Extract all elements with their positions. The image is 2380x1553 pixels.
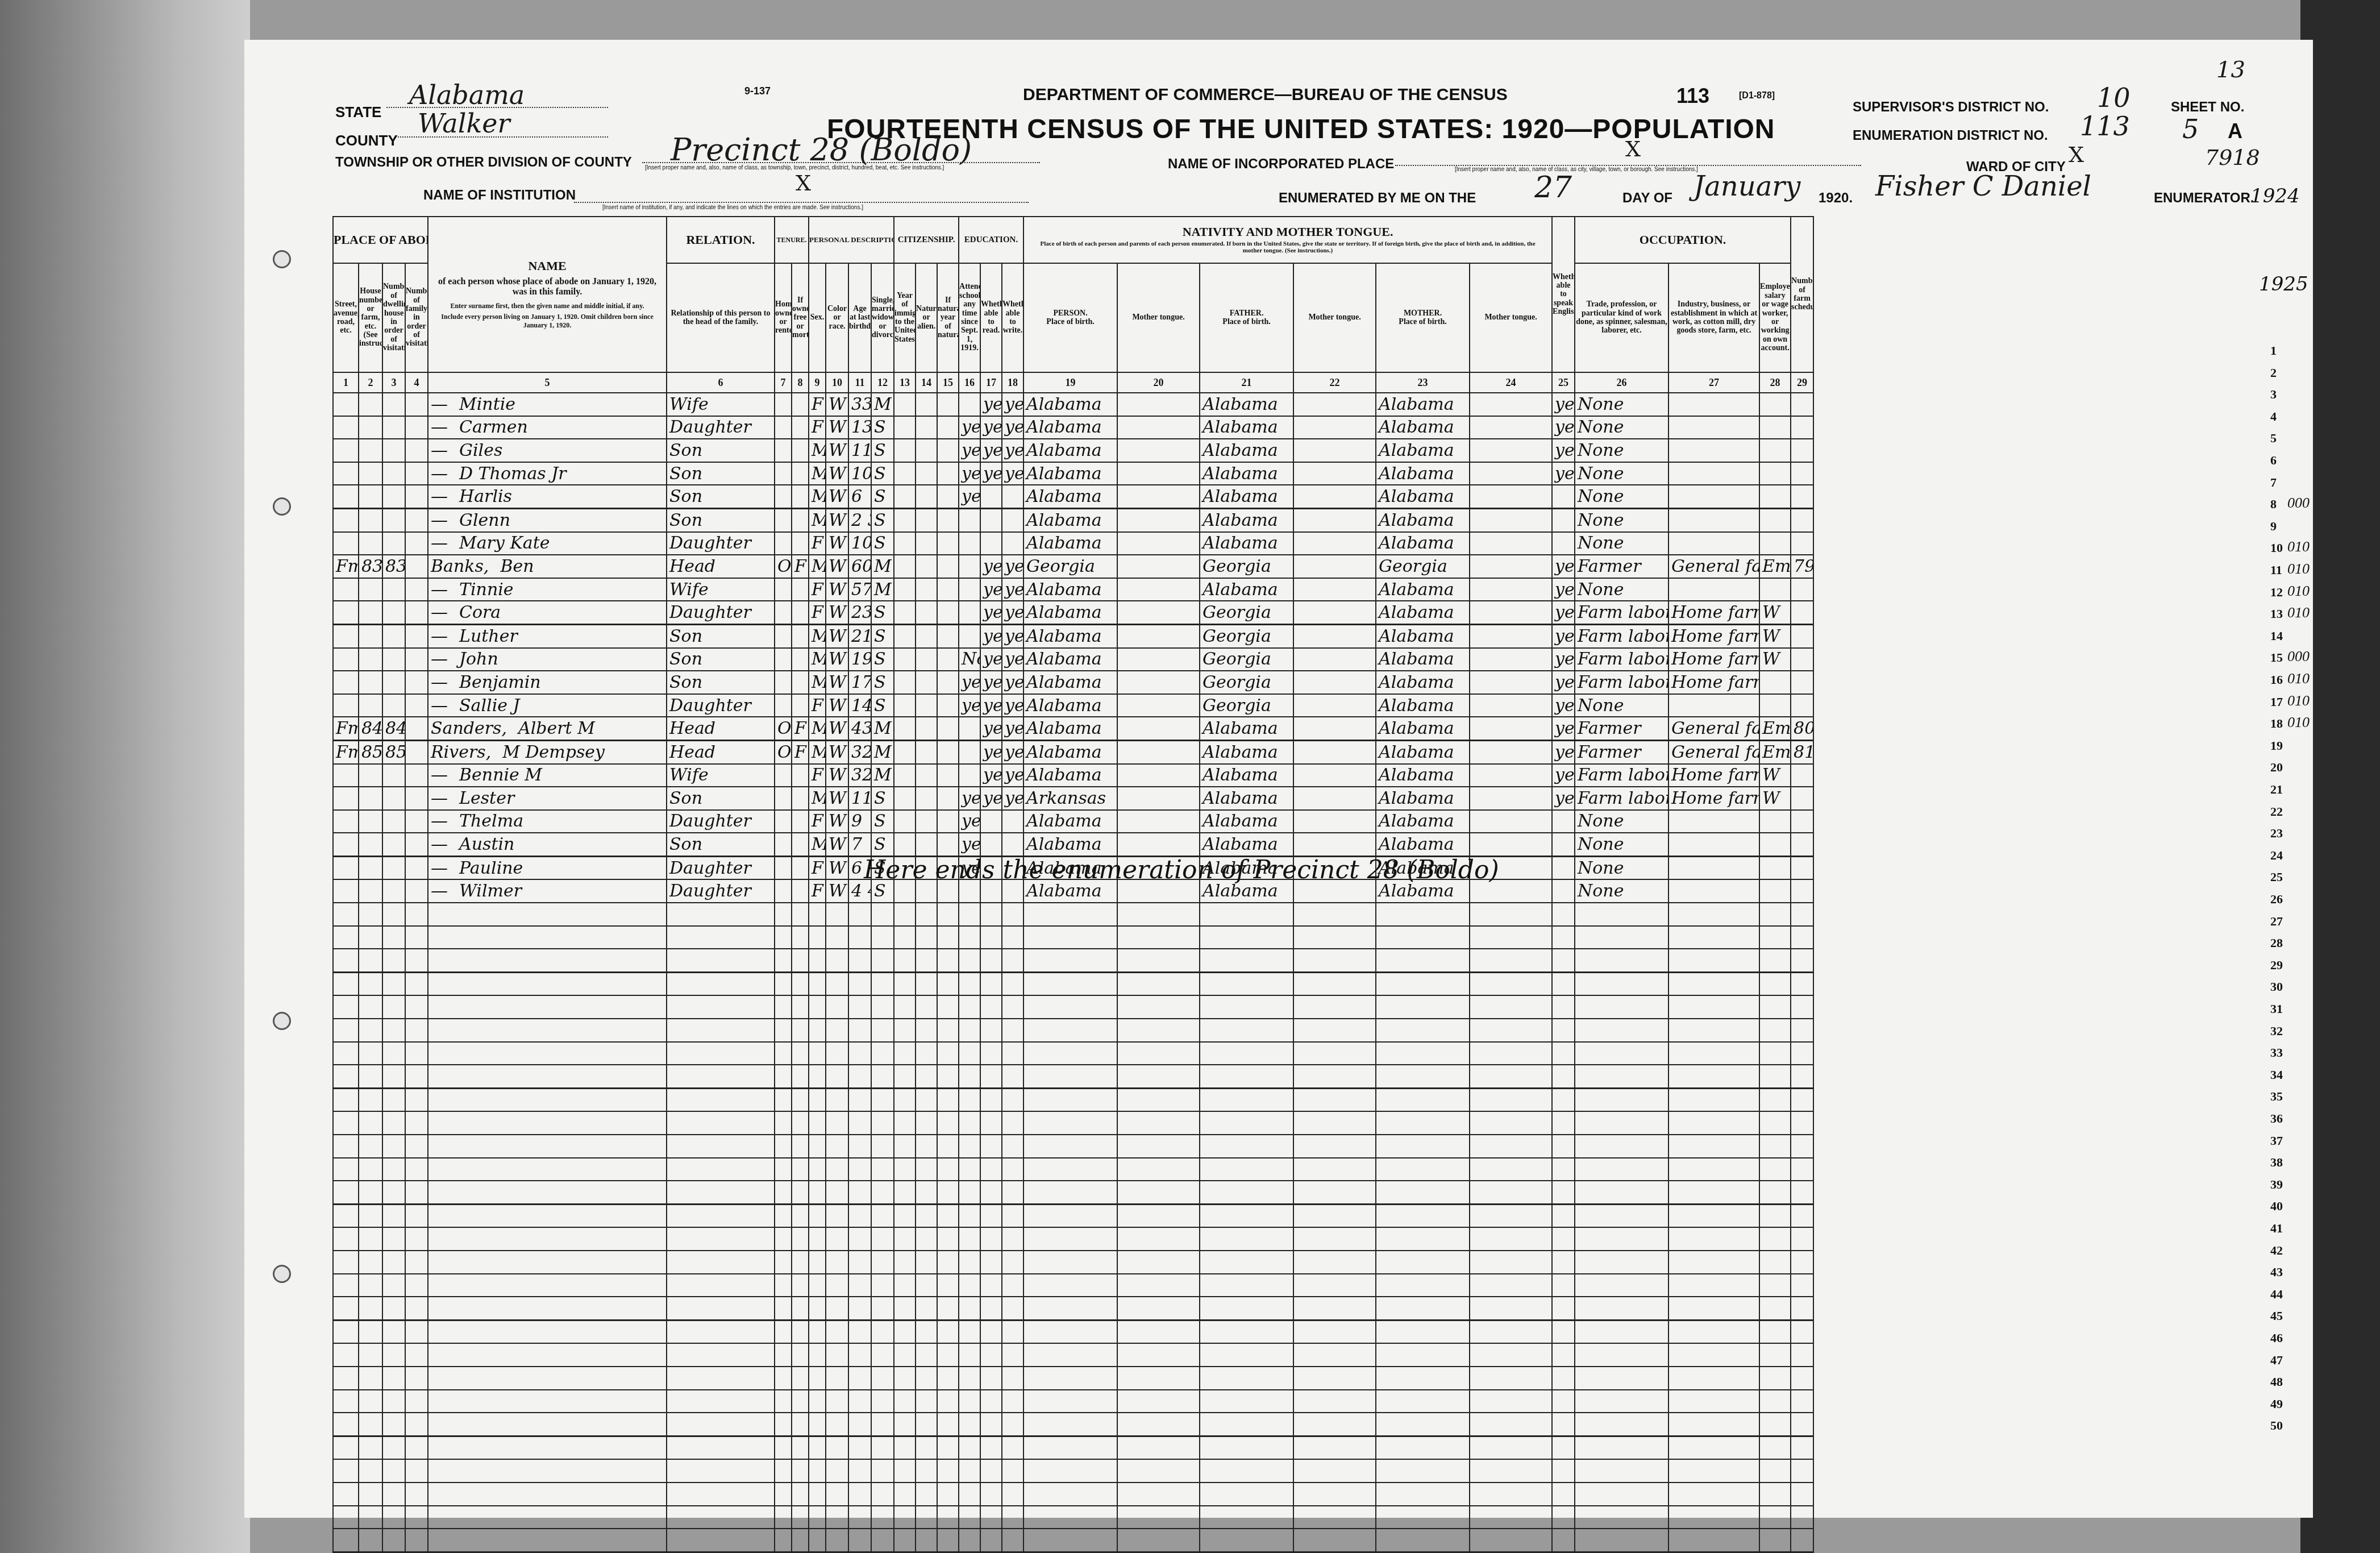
- ward-note: 7918: [2205, 145, 2260, 170]
- cell-mother-birthplace: Alabama: [1376, 671, 1470, 694]
- cell-immigration-year: [894, 926, 916, 949]
- cell-street: [333, 1065, 359, 1088]
- cell-class-of-worker: [1759, 508, 1791, 531]
- cell-age: [848, 1367, 871, 1390]
- cell-marital-status: [871, 926, 894, 949]
- cell-sex: F: [809, 879, 826, 903]
- cell-marital-status: M: [871, 717, 894, 740]
- cell-farm-schedule: [1791, 995, 1813, 1019]
- col-speak-english: Whether able to speak English.: [1552, 217, 1575, 372]
- cell-sex: [809, 1088, 826, 1111]
- cell-street: [333, 1019, 359, 1042]
- cell-speaks-english: [1552, 903, 1575, 926]
- cell-sex: [809, 1343, 826, 1367]
- cell-sex: [809, 1390, 826, 1413]
- enumerated-month: January: [1694, 171, 1800, 202]
- cell-mortgage: [792, 485, 809, 508]
- table-row: [333, 1088, 1813, 1111]
- cell-race: W: [826, 555, 848, 578]
- cell-mother-tongue: [1117, 1088, 1200, 1111]
- cell-marital-status: M: [871, 740, 894, 763]
- cell-house-number: [359, 833, 382, 856]
- column-number: 12: [871, 372, 894, 393]
- cell-relation: [667, 949, 775, 972]
- cell-can-read: yes: [980, 694, 1002, 717]
- cell-father-tongue: [1293, 1367, 1376, 1390]
- binder-hole: [273, 497, 291, 516]
- cell-marital-status: [871, 1367, 894, 1390]
- cell-sex: [809, 1459, 826, 1483]
- cell-father-tongue: [1293, 903, 1376, 926]
- cell-mother-tongue-mother: [1470, 578, 1552, 601]
- cell-attended-school: yes: [959, 671, 980, 694]
- cell-industry: General farm: [1669, 717, 1759, 740]
- cell-father-tongue: [1293, 1459, 1376, 1483]
- cell-naturalized: [916, 717, 937, 740]
- cell-speaks-english: [1552, 1483, 1575, 1506]
- cell-birthplace: [1023, 1413, 1117, 1436]
- cell-speaks-english: [1552, 1088, 1575, 1111]
- cell-dwelling-number: [382, 1135, 405, 1158]
- cell-father-birthplace: Georgia: [1200, 555, 1293, 578]
- cell-industry: [1669, 578, 1759, 601]
- col-person-pob: PERSON.Place of birth.: [1023, 263, 1117, 372]
- cell-house-number: [359, 1158, 382, 1181]
- cell-relation: [667, 1181, 775, 1204]
- cell-can-write: [1002, 1204, 1023, 1227]
- cell-dwelling-number: 85: [382, 740, 405, 763]
- cell-immigration-year: [894, 1343, 916, 1367]
- cell-street: [333, 1413, 359, 1436]
- cell-speaks-english: yes: [1552, 578, 1575, 601]
- cell-person-name: —Pauline: [428, 856, 667, 879]
- cell-speaks-english: [1552, 1065, 1575, 1088]
- cell-naturalization-year: [937, 1088, 959, 1111]
- column-number: 21: [1200, 372, 1293, 393]
- cell-mortgage: [792, 995, 809, 1019]
- line-number: 26: [2270, 892, 2283, 907]
- line-number: 2: [2270, 366, 2277, 380]
- binder-hole: [273, 250, 291, 268]
- cell-immigration-year: [894, 717, 916, 740]
- cell-father-tongue: [1293, 926, 1376, 949]
- cell-mortgage: [792, 1390, 809, 1413]
- cell-father-birthplace: [1200, 926, 1293, 949]
- cell-mother-tongue: [1117, 972, 1200, 995]
- cell-dwelling-number: [382, 694, 405, 717]
- col-write: Whether able to write.: [1002, 263, 1023, 372]
- cell-relation: [667, 972, 775, 995]
- cell-age: [848, 1019, 871, 1042]
- column-number: 29: [1791, 372, 1813, 393]
- cell-relation: [667, 1111, 775, 1135]
- cell-home-owned: [775, 462, 792, 485]
- cell-family-number: [405, 972, 428, 995]
- column-number: 1: [333, 372, 359, 393]
- cell-class-of-worker: [1759, 879, 1791, 903]
- cell-marital-status: [871, 1529, 894, 1552]
- cell-father-tongue: [1293, 1343, 1376, 1367]
- cell-family-number: [405, 1065, 428, 1088]
- cell-birthplace: [1023, 903, 1117, 926]
- cell-house-number: [359, 1436, 382, 1459]
- cell-attended-school: yes: [959, 833, 980, 856]
- column-number: 17: [980, 372, 1002, 393]
- cell-house-number: [359, 1181, 382, 1204]
- cell-relation: [667, 926, 775, 949]
- column-number: 28: [1759, 372, 1791, 393]
- cell-father-birthplace: [1200, 1483, 1293, 1506]
- cell-can-write: [1002, 1065, 1023, 1088]
- cell-street: [333, 508, 359, 531]
- cell-naturalized: [916, 578, 937, 601]
- cell-can-write: [1002, 1274, 1023, 1297]
- cell-attended-school: [959, 532, 980, 555]
- cell-birthplace: Alabama: [1023, 485, 1117, 508]
- cell-trade: [1575, 1459, 1669, 1483]
- cell-mortgage: [792, 1065, 809, 1088]
- line-number: 6: [2270, 453, 2277, 468]
- cell-class-of-worker: [1759, 995, 1791, 1019]
- cell-race: [826, 1158, 848, 1181]
- column-number: 24: [1470, 372, 1552, 393]
- cell-speaks-english: [1552, 1204, 1575, 1227]
- cell-can-read: [980, 1483, 1002, 1506]
- cell-relation: [667, 1413, 775, 1436]
- cell-house-number: [359, 694, 382, 717]
- line-number: 18: [2270, 716, 2283, 731]
- cell-father-birthplace: [1200, 995, 1293, 1019]
- cell-age: 9: [848, 810, 871, 833]
- cell-person-name: [428, 1065, 667, 1088]
- cell-person-name: —Glenn: [428, 508, 667, 531]
- cell-naturalized: [916, 1204, 937, 1227]
- cell-mother-birthplace: Alabama: [1376, 740, 1470, 763]
- cell-mother-tongue-mother: [1470, 1529, 1552, 1552]
- cell-can-read: [980, 1065, 1002, 1088]
- cell-mortgage: F: [792, 555, 809, 578]
- cell-mother-tongue-mother: [1470, 903, 1552, 926]
- cell-naturalization-year: [937, 1065, 959, 1088]
- cell-father-birthplace: [1200, 1158, 1293, 1181]
- cell-mother-tongue-mother: [1470, 972, 1552, 995]
- cell-attended-school: [959, 1506, 980, 1529]
- cell-naturalization-year: [937, 787, 959, 810]
- cell-father-tongue: [1293, 1111, 1376, 1135]
- cell-mortgage: [792, 903, 809, 926]
- cell-birthplace: [1023, 1274, 1117, 1297]
- cell-immigration-year: [894, 995, 916, 1019]
- cell-home-owned: [775, 1251, 792, 1274]
- cell-marital-status: S: [871, 671, 894, 694]
- incorporated-value: X: [1625, 136, 1641, 161]
- cell-home-owned: [775, 671, 792, 694]
- cell-mother-tongue-mother: [1470, 532, 1552, 555]
- cell-marital-status: S: [871, 833, 894, 856]
- cell-age: [848, 949, 871, 972]
- table-row: —MintieWifeFW33MyesyesAlabamaAlabamaAlab…: [333, 393, 1813, 416]
- cell-mortgage: [792, 1367, 809, 1390]
- cell-father-tongue: [1293, 1251, 1376, 1274]
- cell-immigration-year: [894, 624, 916, 647]
- cell-person-name: —Giles: [428, 439, 667, 462]
- cell-age: [848, 1158, 871, 1181]
- cell-family-number: [405, 439, 428, 462]
- cell-mother-tongue-mother: [1470, 393, 1552, 416]
- cell-age: 21: [848, 624, 871, 647]
- cell-father-birthplace: [1200, 1413, 1293, 1436]
- cell-mother-tongue: [1117, 1158, 1200, 1181]
- cell-can-read: yes: [980, 439, 1002, 462]
- cell-father-birthplace: [1200, 1204, 1293, 1227]
- cell-marital-status: [871, 1297, 894, 1320]
- cell-father-tongue: [1293, 1065, 1376, 1088]
- cell-person-name: —Lester: [428, 787, 667, 810]
- cell-mother-tongue: [1117, 1297, 1200, 1320]
- cell-sex: [809, 1436, 826, 1459]
- cell-birthplace: [1023, 1065, 1117, 1088]
- cell-father-tongue: [1293, 1088, 1376, 1111]
- cell-father-birthplace: [1200, 1297, 1293, 1320]
- cell-race: [826, 1274, 848, 1297]
- cell-speaks-english: [1552, 949, 1575, 972]
- binder-hole: [273, 1012, 291, 1030]
- cell-sex: F: [809, 856, 826, 879]
- cell-family-number: [405, 648, 428, 671]
- cell-trade: Farm laborer: [1575, 601, 1669, 624]
- cell-race: W: [826, 856, 848, 879]
- cell-person-name: [428, 1042, 667, 1065]
- cell-industry: [1669, 532, 1759, 555]
- cell-family-number: [405, 555, 428, 578]
- cell-industry: [1669, 694, 1759, 717]
- cell-dwelling-number: [382, 1320, 405, 1343]
- cell-naturalization-year: [937, 1111, 959, 1135]
- cell-father-birthplace: [1200, 1343, 1293, 1367]
- cell-can-read: [980, 995, 1002, 1019]
- cell-immigration-year: [894, 601, 916, 624]
- cell-person-name: [428, 1158, 667, 1181]
- cell-dwelling-number: [382, 995, 405, 1019]
- col-marital: Single, married, widowed, or divorced.: [871, 263, 894, 372]
- cell-person-name: [428, 926, 667, 949]
- cell-person-name: [428, 1019, 667, 1042]
- cell-trade: [1575, 1483, 1669, 1506]
- cell-farm-schedule: [1791, 1506, 1813, 1529]
- cell-race: [826, 1343, 848, 1367]
- cell-can-read: yes: [980, 671, 1002, 694]
- cell-relation: [667, 1297, 775, 1320]
- cell-relation: [667, 1459, 775, 1483]
- col-father-tongue: Mother tongue.: [1293, 263, 1376, 372]
- cell-naturalized: [916, 601, 937, 624]
- cell-person-name: [428, 1367, 667, 1390]
- cell-family-number: [405, 810, 428, 833]
- cell-can-write: [1002, 1343, 1023, 1367]
- cell-birthplace: [1023, 1320, 1117, 1343]
- cell-race: W: [826, 764, 848, 787]
- cell-can-write: [1002, 1529, 1023, 1552]
- cell-person-name: —Austin: [428, 833, 667, 856]
- cell-relation: [667, 1227, 775, 1251]
- cell-mortgage: [792, 949, 809, 972]
- nativity-instruction: Place of birth of each person and parent…: [1024, 239, 1551, 255]
- cell-street: [333, 1158, 359, 1181]
- cell-can-write: [1002, 995, 1023, 1019]
- cell-person-name: [428, 1390, 667, 1413]
- cell-naturalized: [916, 1251, 937, 1274]
- col-father-pob: FATHER.Place of birth.: [1200, 263, 1293, 372]
- cell-birthplace: [1023, 1436, 1117, 1459]
- cell-birthplace: Alabama: [1023, 508, 1117, 531]
- state-label: STATE: [335, 103, 381, 121]
- citizenship-heading: CITIZENSHIP.: [894, 217, 959, 263]
- cell-speaks-english: [1552, 1135, 1575, 1158]
- cell-can-write: yes: [1002, 393, 1023, 416]
- cell-home-owned: [775, 1297, 792, 1320]
- cell-class-of-worker: [1759, 972, 1791, 995]
- cell-class-of-worker: [1759, 1251, 1791, 1274]
- cell-dwelling-number: [382, 1390, 405, 1413]
- cell-attended-school: No: [959, 648, 980, 671]
- cell-speaks-english: yes: [1552, 764, 1575, 787]
- cell-naturalization-year: [937, 694, 959, 717]
- cell-farm-schedule: [1791, 926, 1813, 949]
- cell-farm-schedule: [1791, 1483, 1813, 1506]
- cell-home-owned: [775, 1459, 792, 1483]
- cell-sex: [809, 1297, 826, 1320]
- cell-race: [826, 972, 848, 995]
- cell-farm-schedule: 81: [1791, 740, 1813, 763]
- cell-mother-tongue-mother: [1470, 764, 1552, 787]
- cell-street: [333, 393, 359, 416]
- cell-naturalization-year: [937, 1181, 959, 1204]
- cell-home-owned: [775, 1506, 792, 1529]
- column-number: 22: [1293, 372, 1376, 393]
- cell-home-owned: [775, 1367, 792, 1390]
- cell-mother-tongue-mother: [1470, 1181, 1552, 1204]
- cell-mother-tongue-mother: [1470, 439, 1552, 462]
- cell-class-of-worker: [1759, 1065, 1791, 1088]
- cell-trade: [1575, 1320, 1669, 1343]
- given-name: Benjamin: [459, 672, 541, 692]
- cell-birthplace: Arkansas: [1023, 787, 1117, 810]
- cell-class-of-worker: [1759, 1320, 1791, 1343]
- cell-immigration-year: [894, 1390, 916, 1413]
- cell-mother-tongue: [1117, 949, 1200, 972]
- table-row: [333, 1181, 1813, 1204]
- cell-speaks-english: [1552, 1413, 1575, 1436]
- cell-class-of-worker: [1759, 926, 1791, 949]
- cell-class-of-worker: [1759, 810, 1791, 833]
- cell-home-owned: [775, 949, 792, 972]
- col-industry: Industry, business, or establishment in …: [1669, 263, 1759, 372]
- cell-sex: [809, 1320, 826, 1343]
- cell-street: Fm: [333, 717, 359, 740]
- cell-family-number: [405, 1251, 428, 1274]
- cell-can-read: [980, 485, 1002, 508]
- cell-home-owned: [775, 1227, 792, 1251]
- cell-mother-birthplace: [1376, 1529, 1470, 1552]
- cell-attended-school: yes: [959, 439, 980, 462]
- cell-father-birthplace: Alabama: [1200, 439, 1293, 462]
- cell-relation: Son: [667, 648, 775, 671]
- cell-house-number: [359, 926, 382, 949]
- cell-mother-birthplace: Alabama: [1376, 601, 1470, 624]
- col-naturalized: Naturalized or alien.: [916, 263, 937, 372]
- table-row: [333, 1019, 1813, 1042]
- cell-farm-schedule: [1791, 601, 1813, 624]
- cell-immigration-year: [894, 833, 916, 856]
- cell-age: 10/12: [848, 532, 871, 555]
- cell-sex: [809, 949, 826, 972]
- cell-marital-status: S: [871, 694, 894, 717]
- cell-naturalized: [916, 1297, 937, 1320]
- cell-attended-school: [959, 1181, 980, 1204]
- cell-naturalized: [916, 903, 937, 926]
- cell-dwelling-number: 84: [382, 717, 405, 740]
- line-number: 15: [2270, 650, 2283, 665]
- cell-age: [848, 972, 871, 995]
- cell-immigration-year: [894, 1227, 916, 1251]
- cell-father-tongue: [1293, 462, 1376, 485]
- coding-mark: 010: [2287, 560, 2310, 578]
- cell-mother-tongue: [1117, 1251, 1200, 1274]
- cell-mother-tongue-mother: [1470, 1343, 1552, 1367]
- cell-immigration-year: [894, 949, 916, 972]
- cell-race: W: [826, 462, 848, 485]
- cell-class-of-worker: [1759, 903, 1791, 926]
- cell-father-tongue: [1293, 694, 1376, 717]
- cell-attended-school: [959, 1135, 980, 1158]
- cell-race: W: [826, 416, 848, 439]
- cell-attended-school: [959, 1297, 980, 1320]
- cell-mother-tongue-mother: [1470, 1042, 1552, 1065]
- table-row: —Bennie MWifeFW32MyesyesAlabamaAlabamaAl…: [333, 764, 1813, 787]
- cell-race: [826, 1320, 848, 1343]
- line-number: 35: [2270, 1089, 2283, 1104]
- cell-mother-tongue: [1117, 485, 1200, 508]
- cell-mother-birthplace: [1376, 1065, 1470, 1088]
- cell-father-birthplace: Alabama: [1200, 485, 1293, 508]
- cell-dwelling-number: [382, 508, 405, 531]
- cell-industry: [1669, 1181, 1759, 1204]
- cell-farm-schedule: [1791, 1251, 1813, 1274]
- cell-mother-tongue: [1117, 1343, 1200, 1367]
- cell-house-number: [359, 1367, 382, 1390]
- cell-mother-tongue-mother: [1470, 1088, 1552, 1111]
- cell-industry: [1669, 1529, 1759, 1552]
- cell-speaks-english: yes: [1552, 648, 1575, 671]
- cell-farm-schedule: [1791, 1274, 1813, 1297]
- cell-industry: [1669, 1459, 1759, 1483]
- cell-naturalized: [916, 1529, 937, 1552]
- cell-race: W: [826, 833, 848, 856]
- cell-house-number: [359, 532, 382, 555]
- cell-marital-status: S: [871, 508, 894, 531]
- cell-class-of-worker: [1759, 671, 1791, 694]
- cell-immigration-year: [894, 416, 916, 439]
- cell-street: [333, 833, 359, 856]
- cell-trade: [1575, 1019, 1669, 1042]
- cell-house-number: [359, 995, 382, 1019]
- cell-person-name: [428, 1274, 667, 1297]
- cell-mother-birthplace: [1376, 926, 1470, 949]
- cell-relation: Head: [667, 740, 775, 763]
- table-row: [333, 972, 1813, 995]
- cell-race: W: [826, 717, 848, 740]
- cell-naturalized: [916, 1483, 937, 1506]
